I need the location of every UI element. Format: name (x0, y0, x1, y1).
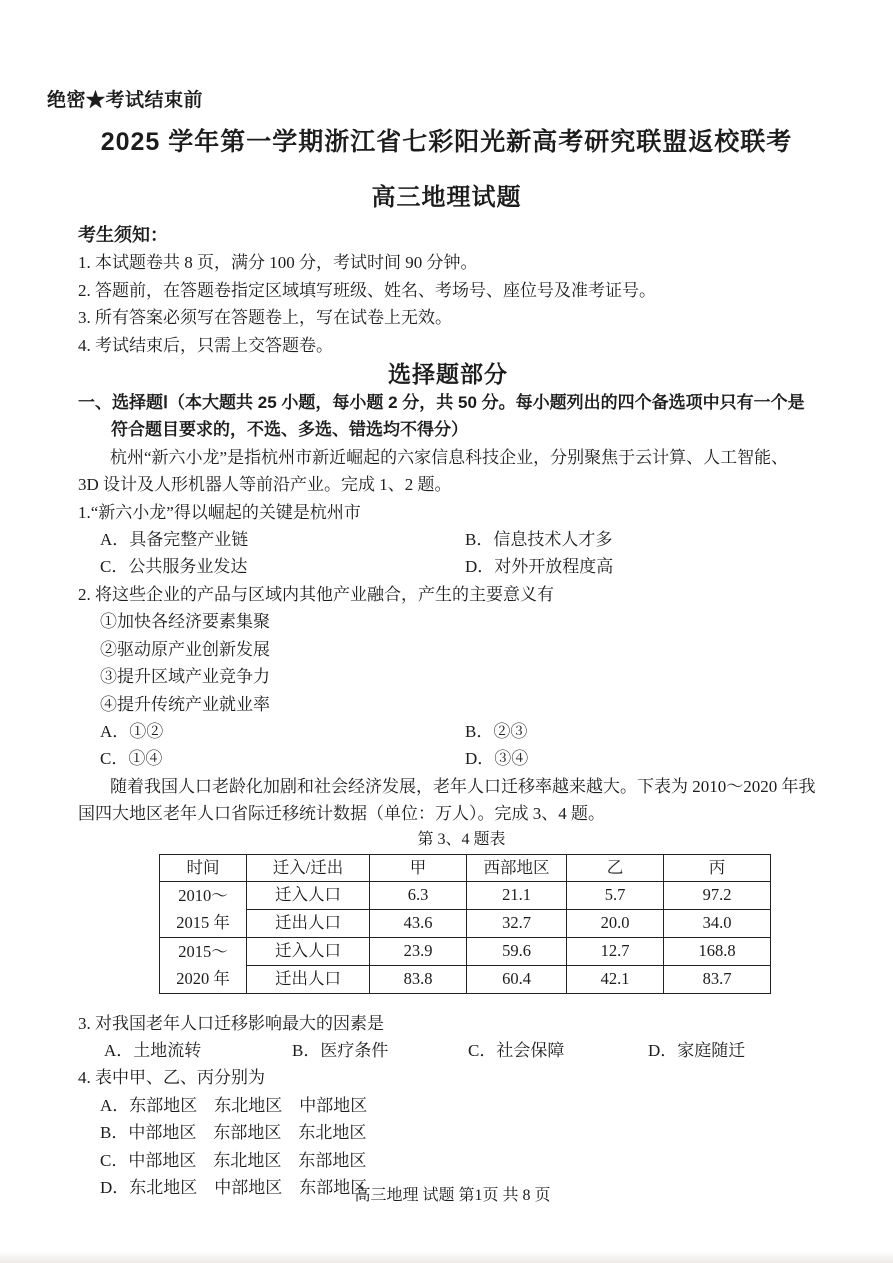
q2-item-1: ①加快各经济要素集聚 (78, 608, 818, 635)
page-footer: 高三地理 试题 第1页 共 8 页 (0, 1182, 893, 1205)
row-label: 迁入人口 (247, 937, 370, 965)
header-west: 西部地区 (467, 854, 567, 881)
header-jia: 甲 (370, 854, 467, 881)
table-caption: 第 3、4 题表 (159, 828, 764, 852)
notice-item-3: 3. 所有答案必须写在答题卷上，写在试卷上无效。 (78, 304, 818, 331)
exam-title: 2025 学年第一学期浙江省七彩阳光新高考研究联盟返校联考 (0, 122, 893, 158)
part1-intro-line2: 符合题目要求的，不选、多选、错选均不得分） (78, 416, 818, 443)
notice-item-1: 1. 本试题卷共 8 页，满分 100 分，考试时间 90 分钟。 (78, 249, 818, 276)
passage1-line2: 3D 设计及人形机器人等前沿产业。完成 1、2 题。 (78, 471, 818, 498)
table-cell: 5.7 (567, 881, 664, 909)
q4-option-a: A．东部地区 东北地区 中部地区 (78, 1092, 818, 1119)
period-2010-2015: 2010～ 2015 年 (160, 881, 247, 937)
notice-item-2: 2. 答题前，在答题卷指定区域填写班级、姓名、考场号、座位号及准考证号。 (78, 277, 818, 304)
table-cell: 43.6 (370, 909, 467, 937)
period-line: 2015 年 (160, 909, 246, 936)
q3-option-c: C．社会保障 (468, 1037, 648, 1064)
section-heading-choice: 选择题部分 (78, 359, 818, 389)
table-cell: 59.6 (467, 937, 567, 965)
passage2-line2: 国四大地区老年人口省际迁移统计数据（单位：万人）。完成 3、4 题。 (78, 800, 818, 827)
notice-heading: 考生须知： (78, 222, 818, 249)
q2-options: A．①② B．②③ C．①④ D．③④ (78, 718, 818, 773)
q3-option-a: A．土地流转 (104, 1037, 292, 1064)
q3-stem: 3. 对我国老年人口迁移影响最大的因素是 (78, 1010, 818, 1037)
security-label: 绝密★考试结束前 (47, 85, 203, 112)
row-label: 迁入人口 (247, 881, 370, 909)
q1-option-a: A．具备完整产业链 (100, 526, 465, 553)
table-cell: 168.8 (664, 937, 771, 965)
q1-option-d: D．对外开放程度高 (465, 553, 818, 580)
q1-stem: 1.“新六小龙”得以崛起的关键是杭州市 (78, 499, 818, 526)
table-cell: 60.4 (467, 965, 567, 993)
table-row: 迁出人口 83.8 60.4 42.1 83.7 (160, 965, 771, 993)
exam-subtitle: 高三地理试题 (0, 177, 893, 212)
q2-stem: 2. 将这些企业的产品与区域内其他产业融合，产生的主要意义有 (78, 581, 818, 608)
notice-item-4: 4. 考试结束后，只需上交答题卷。 (78, 332, 818, 359)
q3-option-d: D．家庭随迁 (648, 1037, 818, 1064)
part1-intro-line1: 一、选择题Ⅰ（本大题共 25 小题，每小题 2 分，共 50 分。每小题列出的四… (78, 389, 818, 416)
table-cell: 23.9 (370, 937, 467, 965)
q1-option-c: C．公共服务业发达 (100, 553, 465, 580)
table-cell: 83.7 (664, 965, 771, 993)
header-yi: 乙 (567, 854, 664, 881)
scan-edge-shadow (0, 1251, 893, 1263)
table-cell: 20.0 (567, 909, 664, 937)
q2-option-b: B．②③ (465, 718, 818, 745)
table-cell: 32.7 (467, 909, 567, 937)
row-label: 迁出人口 (247, 909, 370, 937)
q2-option-d: D．③④ (465, 745, 818, 772)
header-direction: 迁入/迁出 (247, 854, 370, 881)
table-row: 迁出人口 43.6 32.7 20.0 34.0 (160, 909, 771, 937)
period-2015-2020: 2015～ 2020 年 (160, 937, 247, 993)
q2-item-2: ②驱动原产业创新发展 (78, 636, 818, 663)
table-row: 2010～ 2015 年 迁入人口 6.3 21.1 5.7 97.2 (160, 881, 771, 909)
q1-option-b: B．信息技术人才多 (465, 526, 818, 553)
table-cell: 6.3 (370, 881, 467, 909)
exam-paper-page: 绝密★考试结束前 2025 学年第一学期浙江省七彩阳光新高考研究联盟返校联考 高… (0, 0, 893, 1263)
table-cell: 21.1 (467, 881, 567, 909)
q1-options: A．具备完整产业链 B．信息技术人才多 C．公共服务业发达 D．对外开放程度高 (78, 526, 818, 581)
table-cell: 97.2 (664, 881, 771, 909)
header-bing: 丙 (664, 854, 771, 881)
q2-option-a: A．①② (100, 718, 465, 745)
table-cell: 12.7 (567, 937, 664, 965)
q3-option-b: B．医疗条件 (292, 1037, 468, 1064)
passage1-line1: 杭州“新六小龙”是指杭州市新近崛起的六家信息科技企业，分别聚焦于云计算、人工智能… (78, 444, 818, 471)
q2-item-4: ④提升传统产业就业率 (78, 691, 818, 718)
table-cell: 34.0 (664, 909, 771, 937)
passage2-line1: 随着我国人口老龄化加剧和社会经济发展，老年人口迁移率越来越大。下表为 2010～… (78, 773, 818, 800)
table-cell: 83.8 (370, 965, 467, 993)
table-cell: 42.1 (567, 965, 664, 993)
q2-item-3: ③提升区域产业竞争力 (78, 663, 818, 690)
row-label: 迁出人口 (247, 965, 370, 993)
period-line: 2010～ (160, 882, 246, 909)
header-time: 时间 (160, 854, 247, 881)
q4-stem: 4. 表中甲、乙、丙分别为 (78, 1064, 818, 1091)
migration-data-table: 时间 迁入/迁出 甲 西部地区 乙 丙 2010～ 2015 年 迁入人口 6.… (159, 854, 771, 994)
q4-option-b: B．中部地区 东部地区 东北地区 (78, 1119, 818, 1146)
q3-options: A．土地流转 B．医疗条件 C．社会保障 D．家庭随迁 (78, 1037, 818, 1064)
period-line: 2015～ (160, 938, 246, 965)
q2-option-c: C．①④ (100, 745, 465, 772)
period-line: 2020 年 (160, 965, 246, 992)
table-header-row: 时间 迁入/迁出 甲 西部地区 乙 丙 (160, 854, 771, 881)
exam-body: 考生须知： 1. 本试题卷共 8 页，满分 100 分，考试时间 90 分钟。 … (78, 222, 818, 1201)
table-row: 2015～ 2020 年 迁入人口 23.9 59.6 12.7 168.8 (160, 937, 771, 965)
q4-option-c: C．中部地区 东北地区 东部地区 (78, 1147, 818, 1174)
